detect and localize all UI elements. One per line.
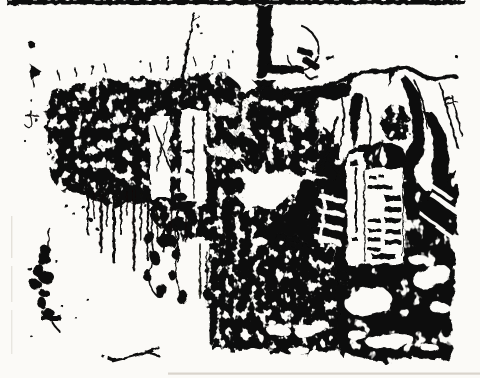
shutter-slat (385, 240, 401, 245)
left-edge-dash (11, 266, 12, 302)
shutter-base-slot (372, 254, 396, 259)
bottom-edge-line (168, 373, 480, 375)
door-frame (347, 152, 364, 264)
shutter-slat (368, 219, 381, 223)
left-edge-dash (11, 310, 12, 354)
shutter-slat (385, 196, 401, 201)
shutter-slat (368, 248, 381, 252)
shutter-slat (368, 185, 392, 189)
shutter-slat (385, 207, 401, 212)
left-edge-dash (11, 216, 12, 258)
shutter-slat (368, 238, 381, 242)
shutter-slat (368, 229, 381, 233)
shutter-slat (385, 218, 401, 223)
canopy-left (46, 73, 244, 208)
photo (0, 0, 480, 378)
shutter-unit (364, 168, 404, 264)
shutter-slat (385, 229, 401, 234)
photo-canvas (0, 0, 480, 378)
